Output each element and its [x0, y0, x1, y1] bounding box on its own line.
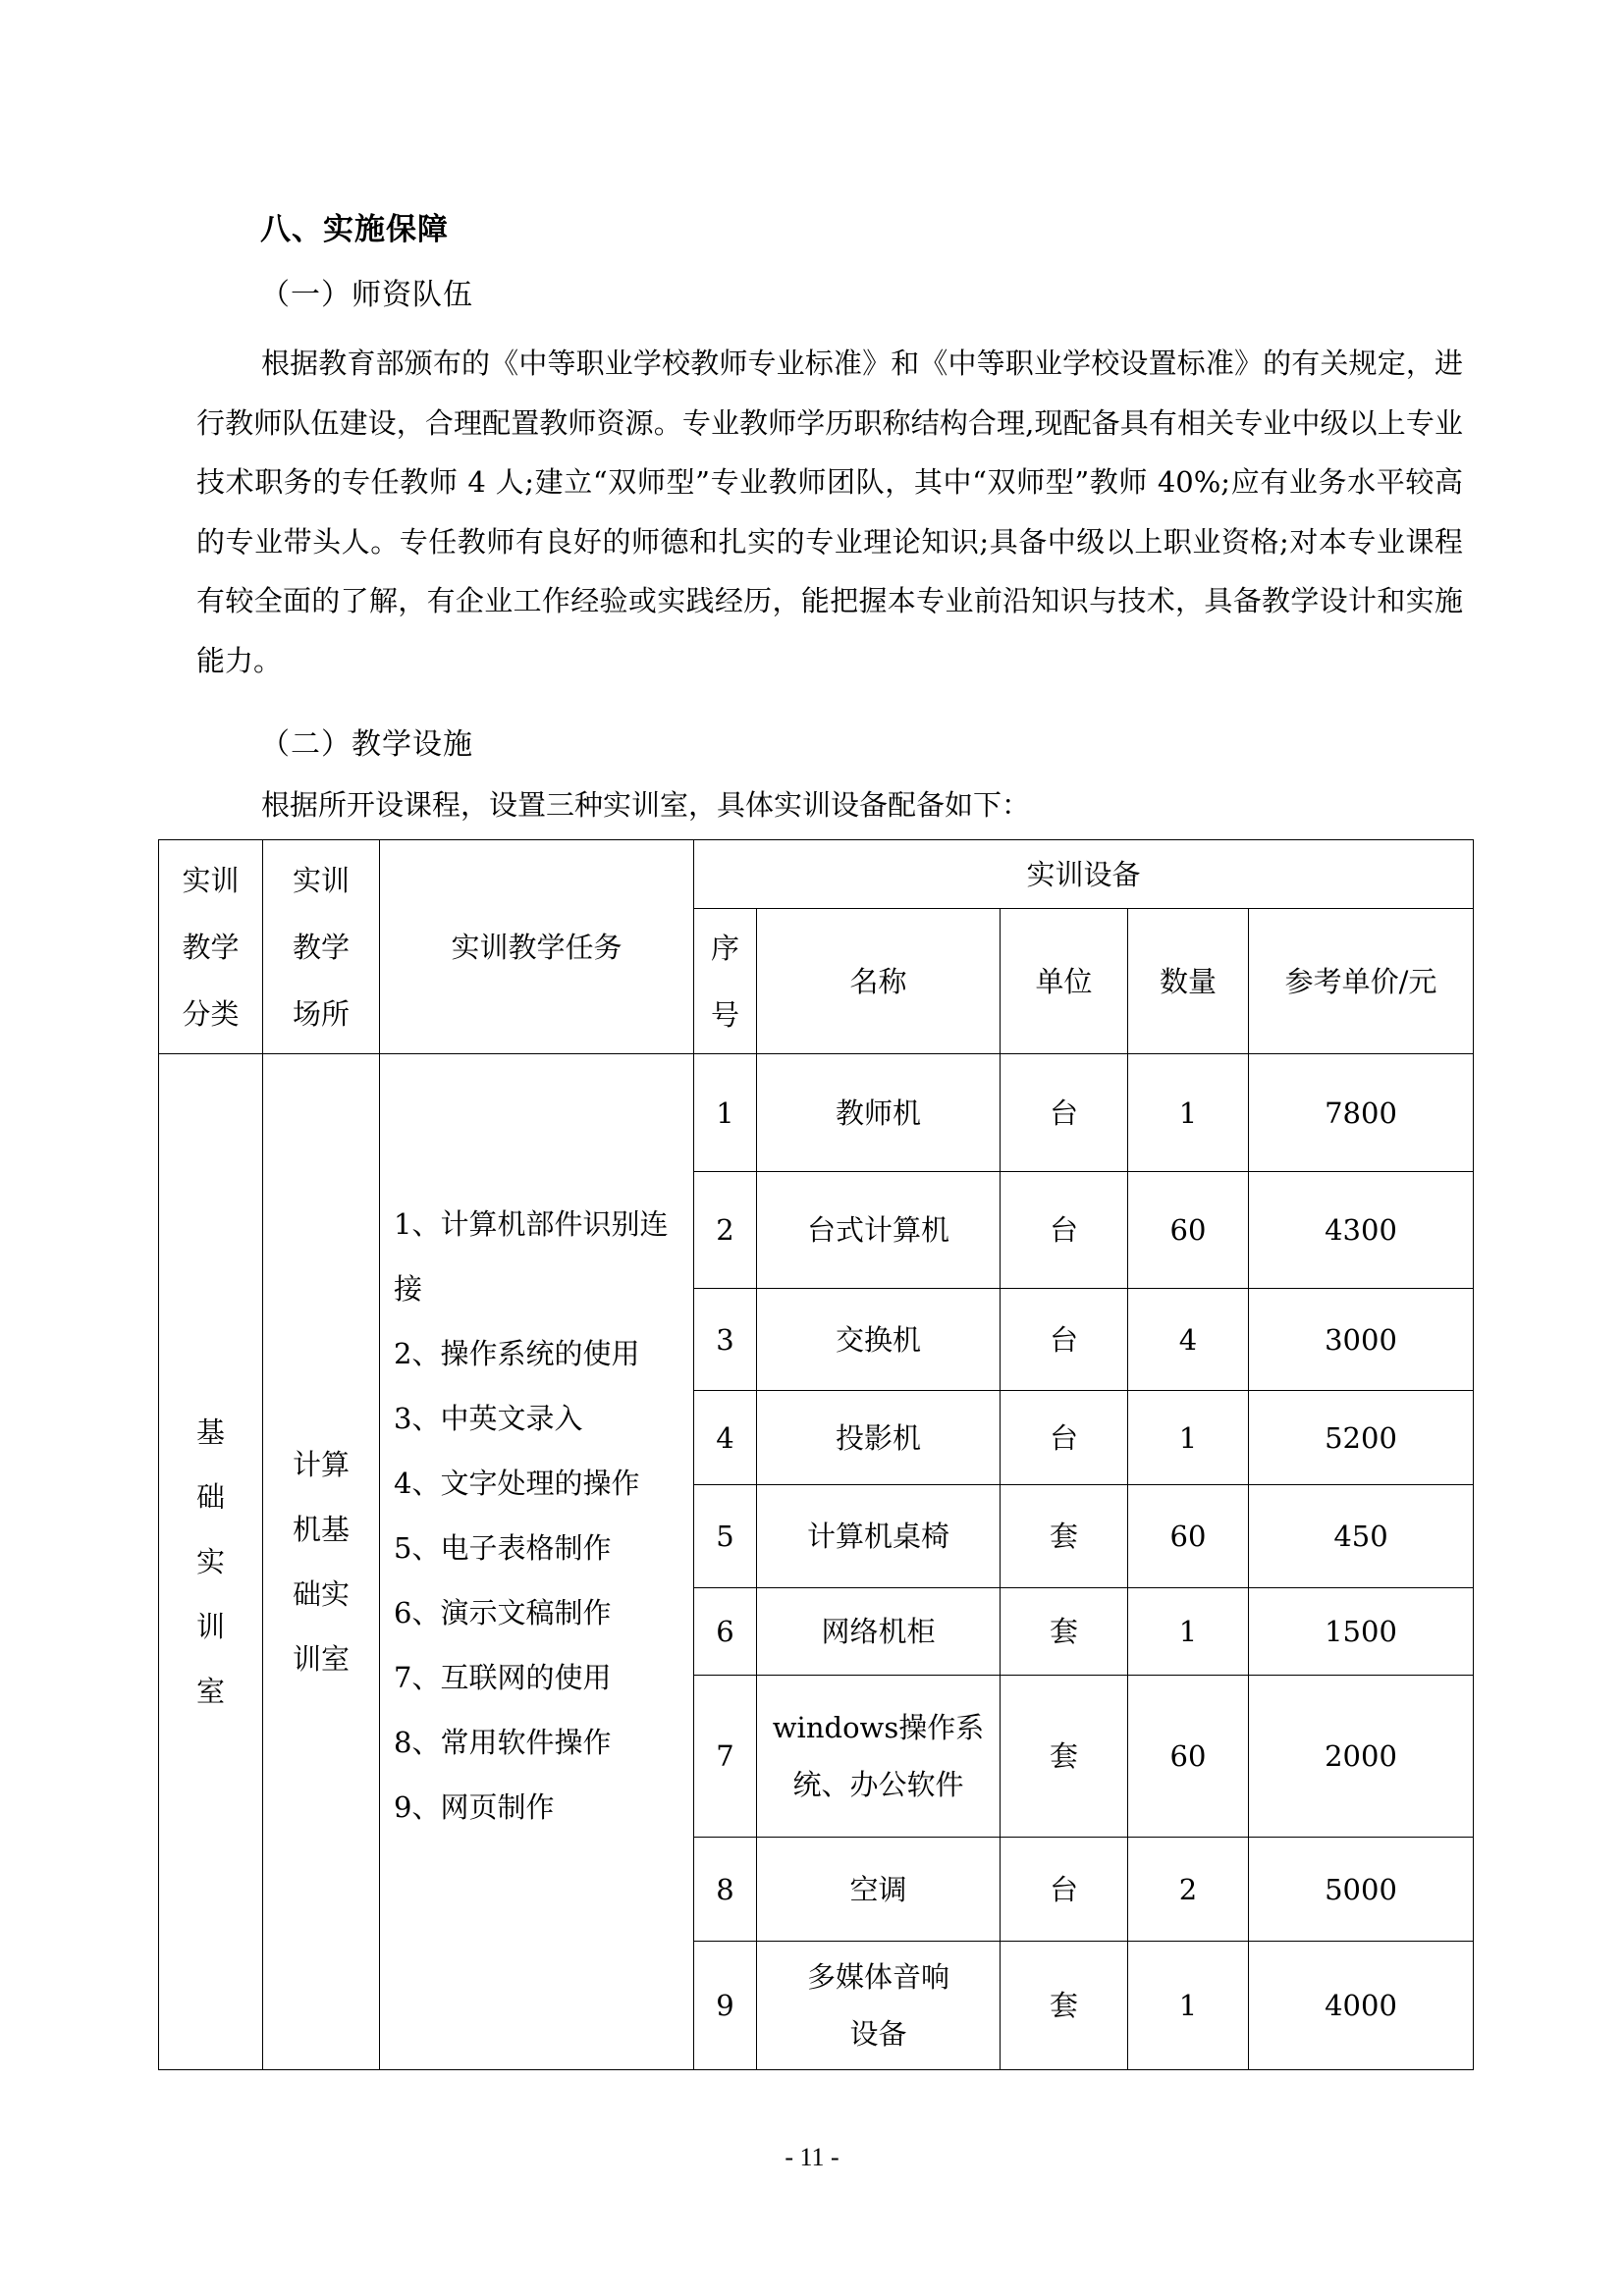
location-line: 机基	[263, 1497, 379, 1562]
location-line: 础实	[263, 1562, 379, 1627]
cell-seq: 1	[694, 1054, 757, 1172]
location-line: 计算	[263, 1432, 379, 1497]
cell-seq: 2	[694, 1172, 757, 1289]
cell-name-line: 统、办公软件	[757, 1756, 1000, 1813]
task-item: 1、计算机部件识别连接	[394, 1192, 687, 1321]
cell-quantity: 60	[1128, 1676, 1249, 1838]
cell-name: 多媒体音响 设备	[757, 1942, 1001, 2070]
task-item: 5、电子表格制作	[394, 1516, 687, 1580]
cell-price: 7800	[1249, 1054, 1474, 1172]
cell-unit: 台	[1001, 1054, 1128, 1172]
task-item: 2、操作系统的使用	[394, 1321, 687, 1386]
cell-unit: 台	[1001, 1172, 1128, 1289]
header-seq-line: 序	[694, 915, 756, 982]
header-name: 名称	[757, 909, 1001, 1054]
category-char: 基	[159, 1400, 262, 1465]
cell-unit: 台	[1001, 1391, 1128, 1485]
header-location-line: 场所	[263, 981, 379, 1047]
cell-seq: 8	[694, 1838, 757, 1942]
cell-price: 5000	[1249, 1838, 1474, 1942]
task-item: 6、演示文稿制作	[394, 1580, 687, 1645]
header-seq-line: 号	[694, 982, 756, 1048]
header-seq: 序 号	[694, 909, 757, 1054]
subsection-title-facilities: （二）教学设施	[260, 720, 473, 763]
header-quantity: 数量	[1128, 909, 1249, 1054]
cell-quantity: 1	[1128, 1942, 1249, 2070]
cell-quantity: 1	[1128, 1391, 1249, 1485]
cell-name: 教师机	[757, 1054, 1001, 1172]
cell-price: 3000	[1249, 1289, 1474, 1391]
header-location: 实训 教学 场所	[263, 840, 380, 1054]
cell-seq: 9	[694, 1942, 757, 2070]
cell-price: 1500	[1249, 1588, 1474, 1676]
header-unit: 单位	[1001, 909, 1128, 1054]
header-category: 实训 教学 分类	[159, 840, 263, 1054]
category-char: 础	[159, 1465, 262, 1529]
cell-seq: 6	[694, 1588, 757, 1676]
header-category-line: 分类	[159, 981, 262, 1047]
task-item: 7、互联网的使用	[394, 1645, 687, 1710]
cell-name-line: 设备	[757, 2005, 1000, 2062]
page-number: - 11 -	[0, 2143, 1624, 2172]
cell-unit: 套	[1001, 1942, 1128, 2070]
cell-quantity: 1	[1128, 1588, 1249, 1676]
cell-seq: 4	[694, 1391, 757, 1485]
category-cell: 基 础 实 训 室	[159, 1054, 263, 2070]
cell-unit: 台	[1001, 1289, 1128, 1391]
subsection-title-faculty: （一）师资队伍	[260, 270, 473, 313]
cell-name-line: 多媒体音响	[757, 1949, 1000, 2005]
task-item: 9、网页制作	[394, 1775, 687, 1840]
cell-price: 5200	[1249, 1391, 1474, 1485]
cell-price: 450	[1249, 1485, 1474, 1588]
cell-seq: 5	[694, 1485, 757, 1588]
cell-name: 台式计算机	[757, 1172, 1001, 1289]
cell-seq: 7	[694, 1676, 757, 1838]
header-price: 参考单价/元	[1249, 909, 1474, 1054]
cell-name: 计算机桌椅	[757, 1485, 1001, 1588]
cell-price: 2000	[1249, 1676, 1474, 1838]
task-item: 4、文字处理的操作	[394, 1451, 687, 1516]
location-line: 训室	[263, 1627, 379, 1691]
category-char: 实	[159, 1529, 262, 1594]
location-cell: 计算 机基 础实 训室	[263, 1054, 380, 2070]
cell-price: 4300	[1249, 1172, 1474, 1289]
header-location-line: 教学	[263, 914, 379, 981]
cell-name: 交换机	[757, 1289, 1001, 1391]
faculty-paragraph-text: 根据教育部颁布的《中等职业学校教师专业标准》和《中等职业学校设置标准》的有关规定…	[196, 347, 1463, 677]
cell-quantity: 60	[1128, 1172, 1249, 1289]
section-title: 八、实施保障	[260, 204, 449, 248]
header-category-line: 实训	[159, 847, 262, 914]
cell-unit: 套	[1001, 1676, 1128, 1838]
cell-quantity: 60	[1128, 1485, 1249, 1588]
facilities-intro: 根据所开设课程，设置三种实训室，具体实训设备配备如下：	[261, 783, 1030, 824]
category-char: 训	[159, 1594, 262, 1659]
cell-name: 投影机	[757, 1391, 1001, 1485]
cell-unit: 台	[1001, 1838, 1128, 1942]
cell-quantity: 2	[1128, 1838, 1249, 1942]
category-char: 室	[159, 1659, 262, 1724]
table-row: 基 础 实 训 室 计算 机基 础实 训室 1、计算机部件识别连接 2、操作系统…	[159, 1054, 1474, 1172]
cell-name-line: windows操作系	[757, 1699, 1000, 1756]
header-tasks: 实训教学任务	[380, 840, 694, 1054]
cell-name: 网络机柜	[757, 1588, 1001, 1676]
cell-price: 4000	[1249, 1942, 1474, 2070]
header-category-line: 教学	[159, 914, 262, 981]
task-item: 3、中英文录入	[394, 1386, 687, 1451]
cell-unit: 套	[1001, 1485, 1128, 1588]
cell-quantity: 4	[1128, 1289, 1249, 1391]
faculty-paragraph: 根据教育部颁布的《中等职业学校教师专业标准》和《中等职业学校设置标准》的有关规定…	[196, 334, 1463, 690]
tasks-cell: 1、计算机部件识别连接 2、操作系统的使用 3、中英文录入 4、文字处理的操作 …	[380, 1054, 694, 2070]
cell-name: 空调	[757, 1838, 1001, 1942]
equipment-table: 实训 教学 分类 实训 教学 场所 实训教学任务 实训设备 序 号 名称 单位 …	[158, 839, 1474, 2070]
header-location-line: 实训	[263, 847, 379, 914]
cell-unit: 套	[1001, 1588, 1128, 1676]
cell-quantity: 1	[1128, 1054, 1249, 1172]
cell-name: windows操作系 统、办公软件	[757, 1676, 1001, 1838]
header-equipment-group: 实训设备	[694, 840, 1474, 909]
task-item: 8、常用软件操作	[394, 1710, 687, 1775]
cell-seq: 3	[694, 1289, 757, 1391]
